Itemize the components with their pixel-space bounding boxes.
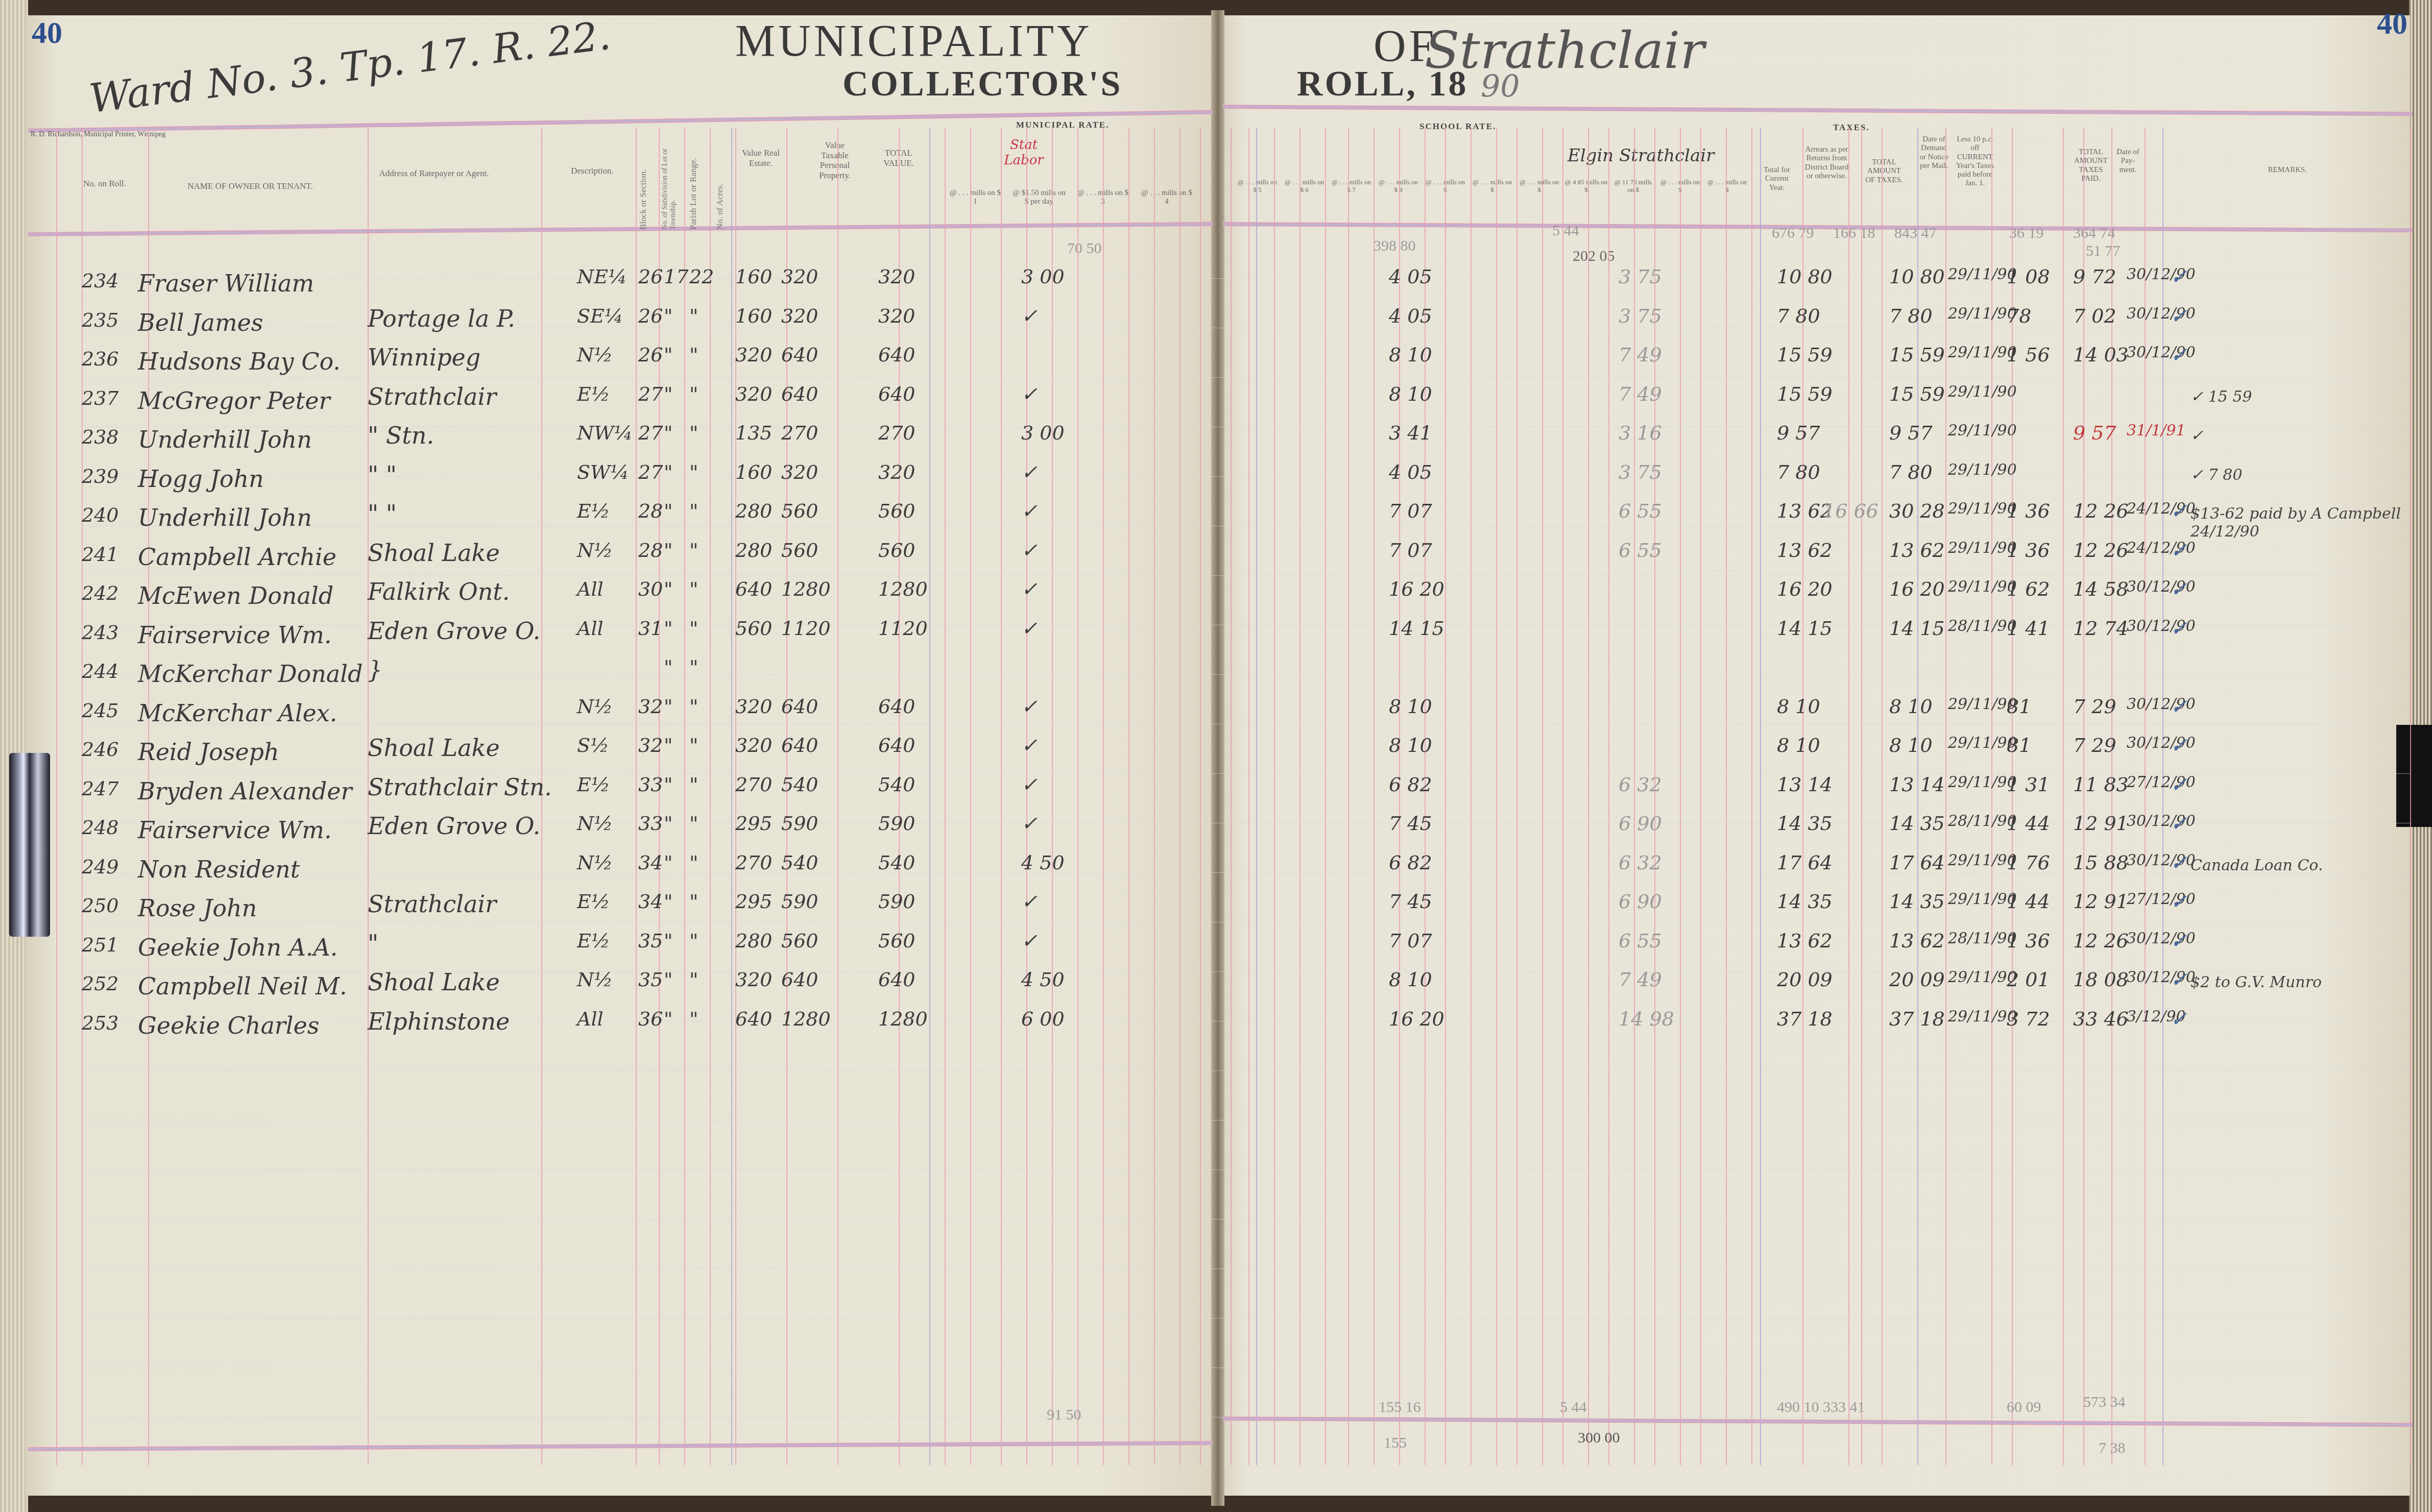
owner-name: McGregor Peter [138,387,330,414]
roll-number: 245 [82,699,119,722]
township: " [664,344,672,366]
column-rule-blue [2162,128,2163,1465]
paid-check-icon: ✓ [2170,265,2187,289]
school-rate-1: 3 41 [1389,422,1432,444]
description: N½ [577,968,613,991]
row-rule [82,1318,2410,1319]
carried-total-current: 676 79 [1772,225,1814,242]
description: N½ [577,344,613,366]
township: " [664,305,672,327]
township: " [664,1008,672,1030]
roll-number: 240 [82,504,119,526]
real-estate-value: 320 [781,305,818,327]
less-10pc: 3 72 [2007,1008,2050,1030]
footer-less-total: 60 09 [2007,1399,2041,1416]
municipal-rate-amount: ✓ [1021,734,1038,757]
remark: $13-62 paid by A Campbell 24/12/90 [2190,505,2432,541]
column-rule [1588,128,1589,1465]
total-amount-taxes: 16 20 [1889,578,1945,600]
total-current-year: 8 10 [1777,695,1820,718]
owner-name: Bryden Alexander [138,777,352,805]
school-rate-2: 6 90 [1619,890,1662,913]
col-parish-range: Parish Lot or Range. [688,148,699,230]
roll-year: 90 [1481,69,1520,105]
column-rule [1325,128,1326,1465]
row-rule [82,674,2410,675]
roll-number: 238 [82,426,119,448]
col-personal-property: Value Taxable Personal Property. [812,140,858,180]
school-rate-2: 3 75 [1619,265,1662,288]
title-roll: ROLL, 18 [1297,64,1468,105]
total-current-year: 13 14 [1777,773,1833,796]
column-rule [1496,128,1497,1465]
row-rule [82,1219,2410,1220]
municipal-rate-amount: ✓ [1021,305,1038,327]
less-10pc: 1 76 [2007,851,2050,874]
total-current-year: 37 18 [1777,1008,1833,1030]
township: " [664,617,672,640]
real-estate-value: 560 [781,500,818,522]
roll-number: 239 [82,465,119,487]
total-current-year: 17 64 [1777,851,1833,874]
school-rate-2: 7 49 [1619,968,1662,991]
total-value: 640 [878,968,916,991]
total-value: 640 [878,695,916,718]
description: E½ [577,773,610,796]
ratepayer-address: Falkirk Ont. [368,578,510,605]
township: " [664,539,672,562]
total-current-year: 10 80 [1777,265,1833,288]
group-school-rate: SCHOOL RATE. [1419,121,1496,132]
range: " [689,539,698,562]
school-rate-1: 8 10 [1389,383,1432,405]
description: N½ [577,851,613,874]
col-total-current-year: Total for Current Year. [1759,166,1795,192]
carried-total-amount: 843 47 [1894,225,1937,242]
binder-clip-icon [9,753,50,937]
section: 30 [638,578,663,600]
col-date-payment: Date of Pay-ment. [2114,148,2142,175]
acres: 270 [735,851,773,874]
ratepayer-address: Shoal Lake [368,968,500,996]
municipal-rate-amount: 4 50 [1021,968,1065,991]
column-rule [1077,128,1078,1465]
column-rule-blue [929,128,930,1465]
range: " [689,344,698,366]
school-rate-2: 3 16 [1619,422,1662,444]
col-real-estate: Value Real Estate. [740,148,781,168]
col-remarks: REMARKS. [2257,166,2318,175]
description: N½ [577,539,613,562]
col-arrears: Arrears as per Returns from District Boa… [1802,145,1851,181]
less-10pc: 2 01 [2007,968,2050,991]
carried-school-a: 398 80 [1374,237,1416,255]
col-total-paid: TOTAL AMOUNT TAXES PAID. [2073,148,2109,183]
column-rule [1700,128,1701,1465]
school-rate-2: 7 49 [1619,383,1662,405]
book-gutter [1211,10,1224,1506]
column-rule [1425,128,1426,1465]
arrears: 16 66 [1823,500,1879,522]
column-rule [2012,128,2013,1465]
section: 27 [638,422,663,444]
range: " [689,422,698,444]
carried-less: 36 19 [2009,225,2044,242]
total-value: 560 [878,930,916,952]
range: " [689,930,698,952]
school-rate-2: 6 32 [1619,851,1662,874]
carried-municipal: 70 50 [1067,240,1102,257]
remark: Canada Loan Co. [2190,857,2323,874]
total-current-year: 14 15 [1777,617,1833,640]
municipal-rate-amount: ✓ [1021,890,1038,913]
paid-check-icon: ✓ [2170,812,2187,836]
column-rule [1052,128,1053,1465]
acres: 280 [735,539,773,562]
total-value: 560 [878,539,916,562]
column-rule [1103,128,1104,1465]
total-value: 590 [878,812,916,835]
acres: 295 [735,890,773,913]
column-rule [2111,128,2112,1465]
col-total-amount-taxes: TOTAL AMOUNT OF TAXES. [1864,158,1905,185]
footer-paid-total: 573 34 [2083,1394,2126,1411]
ratepayer-address: " Stn. [368,422,434,449]
column-rule [1861,128,1862,1465]
less-10pc: 1 41 [2007,617,2050,640]
owner-name: Geekie Charles [138,1012,319,1039]
school-rate-col-6: @ . . . mills on $ [1471,179,1514,194]
column-rule [837,128,838,1465]
school-rate-col-8: @ 4 85 mills on $ [1564,179,1608,194]
real-estate-value: 560 [781,930,818,952]
ratepayer-address: Strathclair [368,383,496,410]
school-rate-1: 8 10 [1389,344,1432,366]
description: All [577,578,604,600]
col-roll-no: No. on Roll. [82,179,128,189]
real-estate-value: 640 [781,344,818,366]
column-rule [1445,128,1446,1465]
column-rule [899,128,900,1465]
acres: 320 [735,695,773,718]
total-amount-taxes: 14 15 [1889,617,1945,640]
column-rule [1348,128,1349,1465]
section: 35 [638,968,663,991]
school-rate-col-7: @ . . . mills on $ [1518,179,1561,194]
row-rule [82,1368,2410,1368]
footer-school-b-top: 5 44 [1560,1399,1587,1416]
paid-check-icon: ✓ [2170,930,2187,953]
description: All [577,617,604,640]
ratepayer-address: Strathclair Stn. [368,773,552,801]
township: " [664,734,672,757]
total-amount-taxes: 8 10 [1889,695,1933,718]
municipal-rate-amount: ✓ [1021,812,1038,835]
school-rate-1: 8 10 [1389,968,1432,991]
school-rate-2: 7 49 [1619,344,1662,366]
real-estate-value: 320 [781,265,818,288]
total-taxes-paid: 9 72 [2073,265,2116,288]
real-estate-value: 540 [781,773,818,796]
column-rule [1945,128,1946,1465]
total-amount-taxes: 10 80 [1889,265,1945,288]
paid-check-icon: ✓ [2170,851,2187,875]
total-current-year: 8 10 [1777,734,1820,757]
column-rule [735,128,736,1465]
column-rule [684,128,685,1465]
acres: 295 [735,812,773,835]
township: " [664,930,672,952]
remark: ✓ 15 59 [2190,388,2252,406]
total-current-year: 15 59 [1777,383,1833,405]
column-rule [1179,128,1181,1465]
owner-name: McKerchar Alex. [138,699,337,727]
description: E½ [577,500,610,522]
owner-name: Campbell Neil M. [138,972,347,1000]
school-rate-1: 6 82 [1389,851,1432,874]
column-rule [1680,128,1681,1465]
total-taxes-paid: 18 08 [2073,968,2129,991]
column-rule [1231,128,1232,1465]
range: " [689,383,698,405]
range: " [689,500,698,522]
column-rule [1726,128,1727,1465]
municipal-rate-amount: ✓ [1021,773,1038,796]
section: 31 [638,617,663,640]
total-amount-taxes: 8 10 [1889,734,1933,757]
municipal-rate-amount: 4 50 [1021,851,1065,874]
real-estate-value: 640 [781,968,818,991]
school-rate-col-4: @ . . . mills on $ 8 [1377,179,1420,194]
less-10pc: 78 [2007,305,2031,327]
township: " [664,968,672,991]
roll-number: 241 [82,543,119,566]
municipal-rate-amount: ✓ [1021,461,1038,483]
description: E½ [577,383,610,405]
paid-check-icon: ✓ [2170,344,2187,367]
municipal-rate-amount: ✓ [1021,695,1038,718]
range: " [689,968,698,991]
paid-check-icon: ✓ [2170,1008,2187,1031]
owner-name: Hudsons Bay Co. [138,348,341,375]
less-10pc: 1 44 [2007,890,2050,913]
column-rule [1299,128,1301,1465]
municipal-rate-col-4: @ . . . mills on $ 4 [1139,189,1195,207]
less-10pc: 1 44 [2007,812,2050,835]
remark: ✓ [2190,427,2203,445]
description: NE¼ [577,265,627,288]
total-current-year: 14 35 [1777,890,1833,913]
column-rule-blue [731,128,732,1465]
total-amount-taxes: 7 80 [1889,461,1933,483]
township: " [664,812,672,835]
total-taxes-paid: 33 46 [2073,1008,2129,1030]
row-rule [82,377,2410,378]
column-rule [1154,128,1155,1465]
school-rate-2: 6 90 [1619,812,1662,835]
total-taxes-paid: 14 03 [2073,344,2129,366]
township: " [664,500,672,522]
total-taxes-paid: 15 88 [2073,851,2129,874]
ratepayer-address: Strathclair [368,890,496,918]
total-amount-taxes: 30 28 [1889,500,1945,522]
column-rule [1026,128,1027,1465]
less-10pc: 1 31 [2007,773,2050,796]
school-rate-1: 16 20 [1389,1008,1444,1030]
remark: ✓ 7 80 [2190,466,2242,484]
ratepayer-address: } [368,656,382,684]
real-estate-value: 640 [781,695,818,718]
less-10pc: 1 62 [2007,578,2050,600]
total-current-year: 9 57 [1777,422,1820,444]
less-10pc: 81 [2007,695,2031,718]
col-acres: No. of Acres. [715,148,725,230]
paid-check-icon: ✓ [2170,617,2187,641]
acres: 320 [735,968,773,991]
description: N½ [577,695,613,718]
range: " [689,305,698,327]
school-rate-2: 6 55 [1619,500,1662,522]
township: 17 [664,265,688,288]
column-rule [1471,128,1472,1465]
paid-check-icon: ✓ [2170,734,2187,758]
column-rule [1274,128,1275,1465]
section: 27 [638,383,663,405]
municipal-rate-col-2: @ $1.50 mills on $ per day [1011,189,1067,207]
acres: 160 [735,265,773,288]
total-value: 540 [878,773,916,796]
total-value: 320 [878,305,916,327]
paid-check-icon: ✓ [2170,890,2187,914]
real-estate-value: 540 [781,851,818,874]
municipal-rate-amount: 6 00 [1021,1008,1065,1030]
total-taxes-paid: 12 26 [2073,500,2129,522]
total-current-year: 13 62 [1777,539,1833,562]
column-rule [1991,128,1992,1465]
owner-name: Hogg John [138,465,264,493]
school-rate-1: 16 20 [1389,578,1444,600]
real-estate-value: 270 [781,422,818,444]
total-value: 640 [878,344,916,366]
column-rule-blue [1256,128,1257,1465]
total-value: 640 [878,383,916,405]
school-rate-1: 4 05 [1389,265,1432,288]
roll-number: 251 [82,934,119,956]
owner-name: McKerchar Donald [138,660,363,688]
school-rate-2: 3 75 [1619,305,1662,327]
total-taxes-paid: 7 29 [2073,734,2116,757]
column-rule [1516,128,1518,1465]
paid-check-icon: ✓ [2170,968,2187,992]
row-rule [82,922,2410,922]
paid-check-icon: ✓ [2170,578,2187,601]
col-block-section: Block or Section. [638,148,648,230]
township: " [664,773,672,796]
school-rate-1: 7 07 [1389,930,1432,952]
total-value: 270 [878,422,916,444]
township: " [664,695,672,718]
roll-number: 253 [82,1012,119,1034]
column-rule [636,128,637,1465]
total-value: 540 [878,851,916,874]
real-estate-value: 590 [781,812,818,835]
carried-school-b-top: 5 44 [1552,222,1579,239]
description: SE¼ [577,305,623,327]
column-rule [2063,128,2064,1465]
total-taxes-paid: 12 74 [2073,617,2129,640]
section: 26 [638,265,663,288]
paid-check-icon: ✓ [2170,305,2187,328]
less-10pc: 1 36 [2007,930,2050,952]
real-estate-value: 560 [781,539,818,562]
acres: 160 [735,461,773,483]
total-amount-taxes: 13 62 [1889,930,1945,952]
less-10pc: 1 36 [2007,500,2050,522]
section: 27 [638,461,663,483]
range: " [689,773,698,796]
range: 22 [689,265,714,288]
ratepayer-address: Shoal Lake [368,734,500,762]
owner-name: Rose John [138,894,257,922]
municipal-rate-amount: 3 00 [1021,265,1065,288]
total-value: 640 [878,734,916,757]
total-taxes-paid: 12 91 [2073,812,2129,835]
school-rate-1: 4 05 [1389,461,1432,483]
municipal-rate-amount: ✓ [1021,617,1038,640]
row-rule [82,476,2410,477]
total-taxes-paid: 7 29 [2073,695,2116,718]
township: " [664,383,672,405]
roll-number: 242 [82,582,119,604]
column-rule [1542,128,1543,1465]
col-subdivision: No. of Subdivision of Lot or Township. [661,148,678,230]
row-rule [82,872,2410,873]
total-amount-taxes: 37 18 [1889,1008,1945,1030]
ratepayer-address: Portage la P. [368,305,515,332]
school-rate-1: 6 82 [1389,773,1432,796]
school-rate-2: 6 55 [1619,539,1662,562]
municipal-rate-amount: ✓ [1021,383,1038,405]
column-rule [970,128,971,1465]
owner-name: Underhill John [138,504,312,531]
column-rule [2083,128,2084,1465]
roll-number: 234 [82,270,119,292]
row-rule [82,1169,2410,1170]
school-rate-1: 7 07 [1389,500,1432,522]
total-value: 1120 [878,617,928,640]
total-value: 590 [878,890,916,913]
roll-number: 247 [82,777,119,800]
municipal-rate-amount: ✓ [1021,500,1038,522]
school-rate-col-1: @ . . . mills on $ 5 [1236,179,1279,194]
acres: 280 [735,500,773,522]
school-rate-2: 14 98 [1619,1008,1674,1030]
column-rule [1001,128,1002,1465]
description: NW¼ [577,422,633,444]
owner-name: Reid Joseph [138,738,279,766]
section: 28 [638,500,663,522]
township: " [664,890,672,913]
description: N½ [577,812,613,835]
owner-name: Bell James [138,309,263,336]
date-of-demand: 29/11/90 [1948,461,2017,479]
roll-number: 237 [82,387,119,409]
column-rule [1848,128,1849,1465]
column-rule [56,128,57,1465]
page-number-right: 40 [2377,6,2407,41]
total-taxes-paid: 12 26 [2073,930,2129,952]
total-amount-taxes: 15 59 [1889,383,1945,405]
